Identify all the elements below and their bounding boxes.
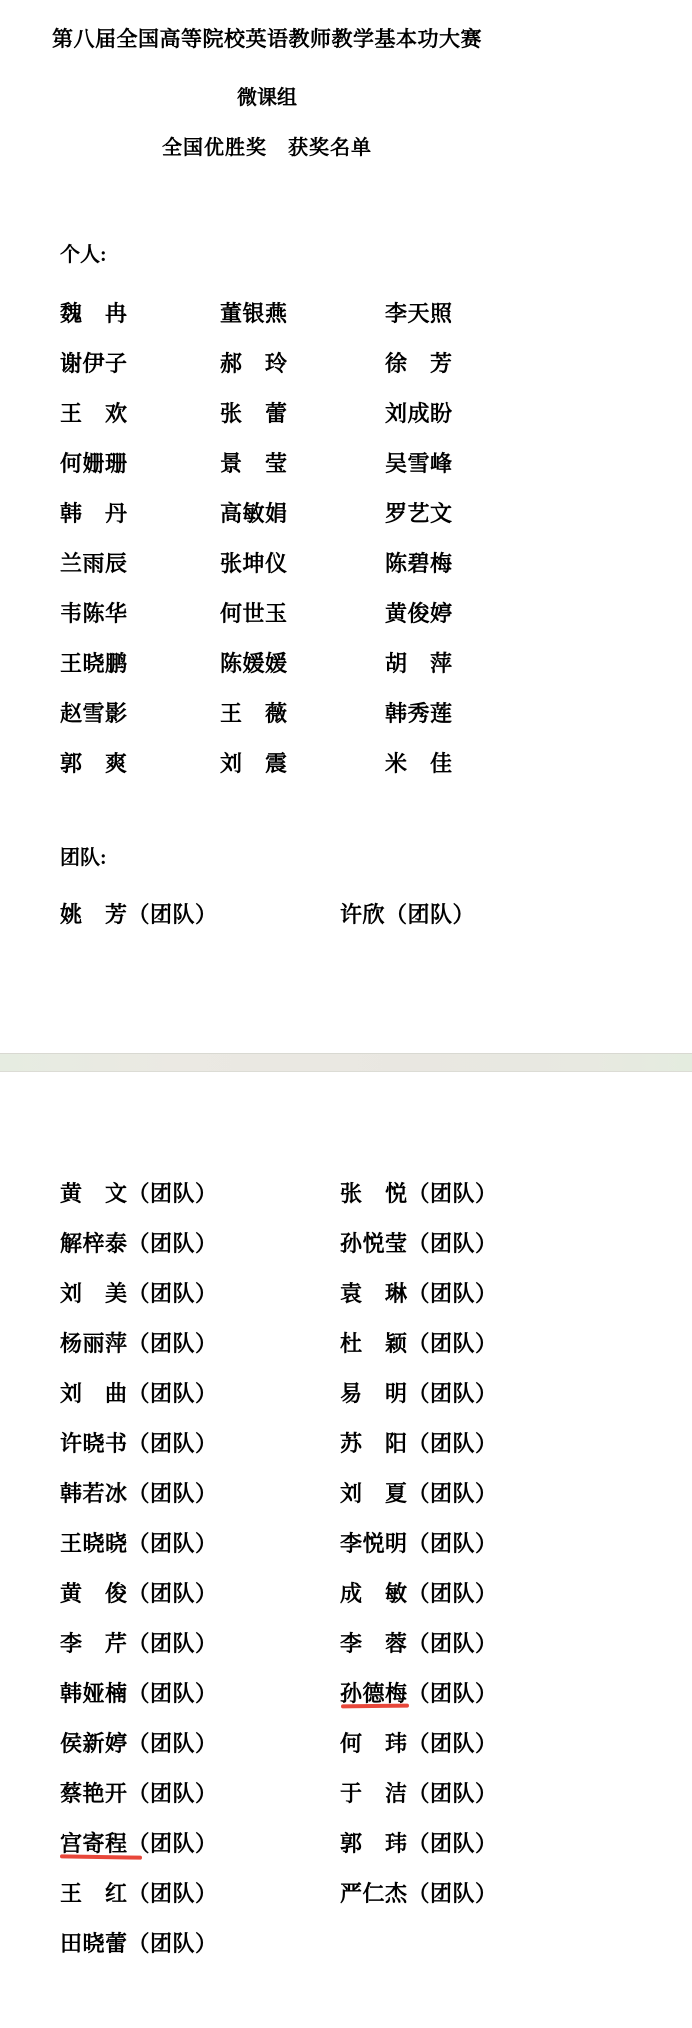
name-cell: 李 蓉（团队） <box>340 1617 498 1667</box>
name-cell: 黄俊婷 <box>385 587 453 637</box>
name-cell: 韩秀莲 <box>385 687 453 737</box>
name-cell: 韩若冰（团队） <box>60 1467 340 1517</box>
name-cell: 韩娅楠（团队） <box>60 1667 340 1717</box>
name-cell: 黄 俊（团队） <box>60 1567 340 1617</box>
name-cell: 罗艺文 <box>385 487 453 537</box>
name-cell: 何 玮（团队） <box>340 1717 498 1767</box>
name-cell: 郝 玲 <box>220 337 385 387</box>
name-cell: 苏 阳（团队） <box>340 1417 498 1467</box>
name-cell <box>340 1917 498 1967</box>
page-title: 第八届全国高等院校英语教师教学基本功大赛 <box>0 22 534 56</box>
name-cell: 郭 玮（团队） <box>340 1817 498 1867</box>
name-cell: 刘成盼 <box>385 387 453 437</box>
name-cell: 易 明（团队） <box>340 1367 498 1417</box>
individual-section-label: 个人: <box>60 240 107 270</box>
name-cell: 王 薇 <box>220 687 385 737</box>
name-cell: 孙悦莹（团队） <box>340 1217 498 1267</box>
team-section-label: 团队: <box>60 843 107 873</box>
name-cell: 成 敏（团队） <box>340 1567 498 1617</box>
name-cell: 李 芹（团队） <box>60 1617 340 1667</box>
name-cell: 许晓书（团队） <box>60 1417 340 1467</box>
name-cell: 宫寄程（团队） <box>60 1817 340 1867</box>
name-cell: 王 红（团队） <box>60 1867 340 1917</box>
name-cell: 胡 萍 <box>385 637 453 687</box>
name-cell: 何世玉 <box>220 587 385 637</box>
name-cell: 李天照 <box>385 287 453 337</box>
name-cell: 袁 琳（团队） <box>340 1267 498 1317</box>
team-names-grid-page1: 姚 芳（团队）许欣（团队） <box>60 888 475 938</box>
name-cell: 黄 文（团队） <box>60 1167 340 1217</box>
name-cell: 解梓泰（团队） <box>60 1217 340 1267</box>
individual-names-grid: 魏 冉董银燕李天照谢伊子郝 玲徐 芳王 欢张 蕾刘成盼何姗珊景 莹吴雪峰韩 丹高… <box>60 287 453 787</box>
name-cell: 谢伊子 <box>60 337 220 387</box>
name-cell: 赵雪影 <box>60 687 220 737</box>
name-cell: 陈媛媛 <box>220 637 385 687</box>
name-cell: 许欣（团队） <box>340 888 475 938</box>
name-cell: 刘 震 <box>220 737 385 787</box>
award-line: 全国优胜奖 获奖名单 <box>0 133 534 163</box>
name-cell: 严仁杰（团队） <box>340 1867 498 1917</box>
name-cell: 米 佳 <box>385 737 453 787</box>
name-cell: 吴雪峰 <box>385 437 453 487</box>
name-cell: 郭 爽 <box>60 737 220 787</box>
award-document: { "page": { "title": "第八届全国高等院校英语教师教学基本功… <box>0 0 692 2028</box>
name-cell: 景 莹 <box>220 437 385 487</box>
red-underline-mark <box>341 1704 409 1709</box>
name-cell: 姚 芳（团队） <box>60 888 340 938</box>
name-cell: 董银燕 <box>220 287 385 337</box>
name-cell: 侯新婷（团队） <box>60 1717 340 1767</box>
name-cell: 孙德梅（团队） <box>340 1667 498 1717</box>
name-cell: 王 欢 <box>60 387 220 437</box>
name-cell: 刘 美（团队） <box>60 1267 340 1317</box>
name-cell: 兰雨辰 <box>60 537 220 587</box>
name-cell: 蔡艳开（团队） <box>60 1767 340 1817</box>
name-cell: 王晓晓（团队） <box>60 1517 340 1567</box>
red-underline-mark <box>60 1854 142 1859</box>
name-cell: 刘 曲（团队） <box>60 1367 340 1417</box>
name-cell: 张坤仪 <box>220 537 385 587</box>
name-cell: 张 蕾 <box>220 387 385 437</box>
name-cell: 杨丽萍（团队） <box>60 1317 340 1367</box>
name-cell: 陈碧梅 <box>385 537 453 587</box>
name-cell: 韩 丹 <box>60 487 220 537</box>
page-separator <box>0 1053 692 1072</box>
team-names-grid-page2: 黄 文（团队）张 悦（团队）解梓泰（团队）孙悦莹（团队）刘 美（团队）袁 琳（团… <box>60 1167 498 1967</box>
name-cell: 于 洁（团队） <box>340 1767 498 1817</box>
name-cell: 杜 颖（团队） <box>340 1317 498 1367</box>
name-cell: 高敏娟 <box>220 487 385 537</box>
name-cell: 王晓鹏 <box>60 637 220 687</box>
name-cell: 刘 夏（团队） <box>340 1467 498 1517</box>
name-cell: 韦陈华 <box>60 587 220 637</box>
name-cell: 李悦明（团队） <box>340 1517 498 1567</box>
name-cell: 张 悦（团队） <box>340 1167 498 1217</box>
name-cell: 田晓蕾（团队） <box>60 1917 340 1967</box>
name-cell: 何姗珊 <box>60 437 220 487</box>
name-cell: 魏 冉 <box>60 287 220 337</box>
group-subtitle: 微课组 <box>0 84 534 112</box>
name-cell: 徐 芳 <box>385 337 453 387</box>
